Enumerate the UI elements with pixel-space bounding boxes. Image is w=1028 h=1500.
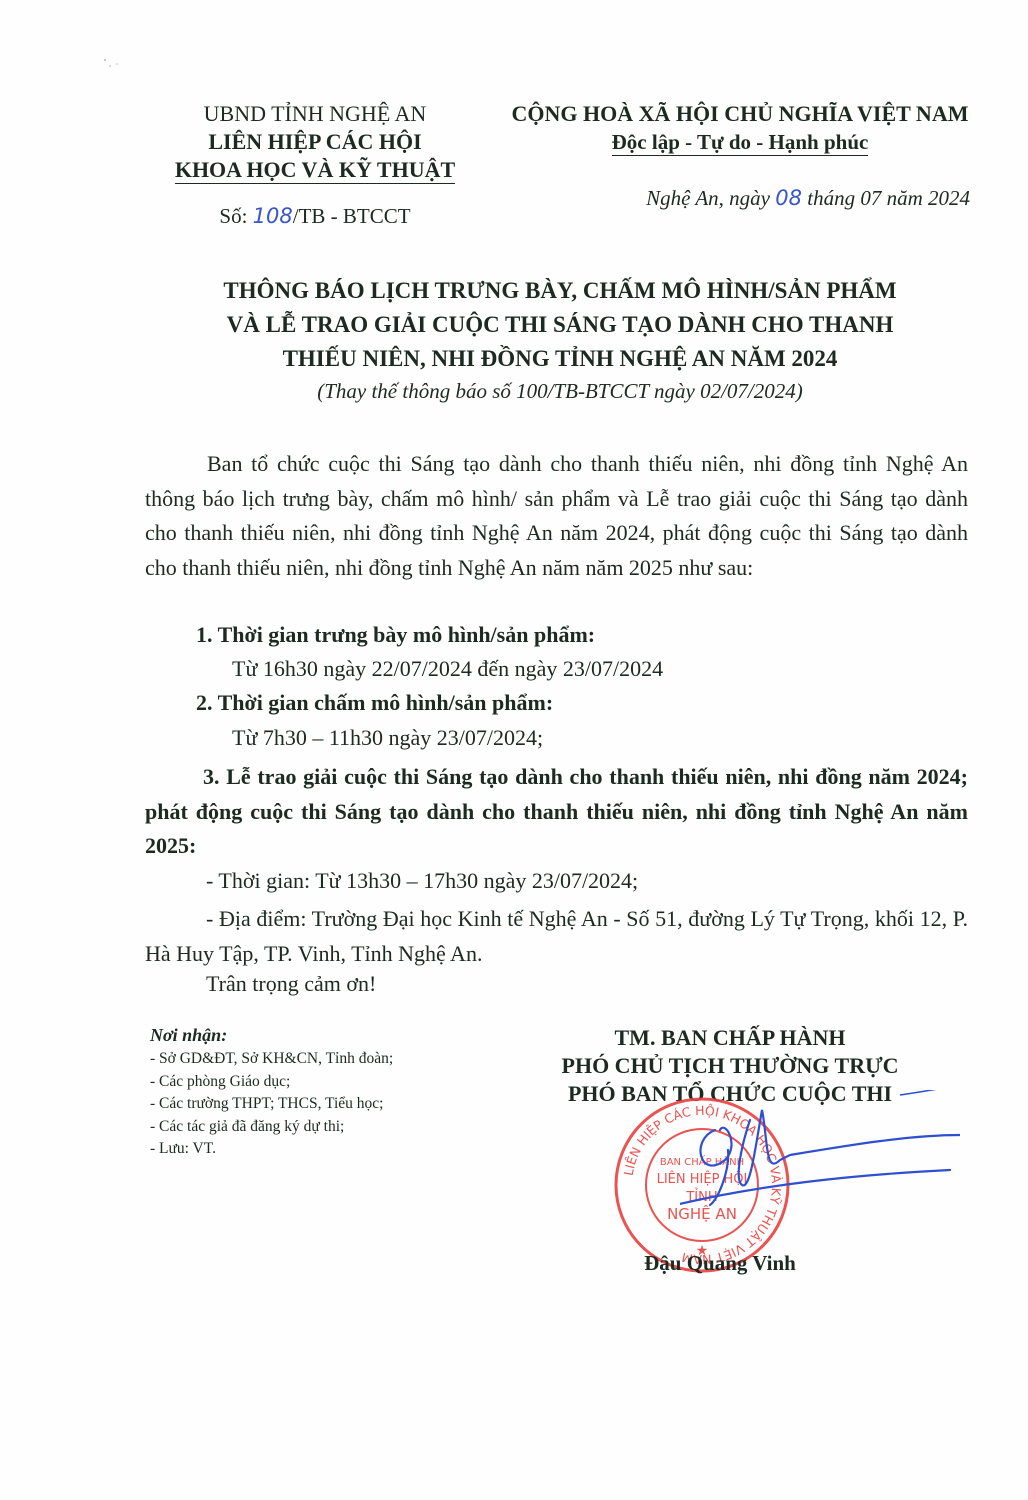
issuer-name-line2: KHOA HỌC VÀ KỸ THUẬT [140, 156, 490, 184]
issuer-header: UBND TỈNH NGHỆ AN LIÊN HIỆP CÁC HỘI KHOA… [140, 100, 490, 229]
section-1-heading: 1. Thời gian trưng bày mô hình/sản phẩm: [196, 622, 595, 648]
recipients-block: Nơi nhận: - Sở GD&ĐT, Sở KH&CN, Tỉnh đoà… [150, 1025, 490, 1161]
closing-text: Trân trọng cảm ơn! [206, 971, 376, 997]
handwritten-signature-icon [680, 1090, 960, 1220]
intro-paragraph: Ban tổ chức cuộc thi Sáng tạo dành cho t… [145, 447, 968, 585]
section-2-heading: 2. Thời gian chấm mô hình/sản phẩm: [196, 690, 553, 716]
recipient-item: - Các tác giả đã đăng ký dự thi; [150, 1116, 490, 1139]
signer-role-2: PHÓ CHỦ TỊCH THƯỜNG TRỰC [520, 1052, 940, 1080]
issuer-parent: UBND TỈNH NGHỆ AN [140, 100, 490, 128]
scan-speck [95, 48, 135, 78]
handwritten-number: 108 [253, 204, 293, 228]
document-date: Nghệ An, ngày 08 tháng 07 năm 2024 [560, 186, 970, 211]
document-number: Số: 108/TB - BTCCT [140, 204, 490, 229]
national-header: CỘNG HOÀ XÃ HỘI CHỦ NGHĨA VIỆT NAM Độc l… [500, 100, 980, 156]
section-3-place: - Địa điểm: Trường Đại học Kinh tế Nghệ … [145, 902, 968, 971]
recipient-item: - Lưu: VT. [150, 1138, 490, 1161]
section-3-heading: 3. Lễ trao giải cuộc thi Sáng tạo dành c… [145, 760, 968, 864]
national-motto: Độc lập - Tự do - Hạnh phúc [500, 128, 980, 156]
national-title: CỘNG HOÀ XÃ HỘI CHỦ NGHĨA VIỆT NAM [500, 100, 980, 128]
section-2-text: Từ 7h30 – 11h30 ngày 23/07/2024; [232, 725, 543, 751]
section-1-text: Từ 16h30 ngày 22/07/2024 đến ngày 23/07/… [232, 656, 663, 682]
document-title: THÔNG BÁO LỊCH TRƯNG BÀY, CHẤM MÔ HÌNH/S… [140, 274, 980, 406]
handwritten-day: 08 [775, 186, 802, 210]
signer-name: Đậu Quang Vinh [600, 1251, 840, 1276]
recipient-item: - Các phòng Giáo dục; [150, 1071, 490, 1094]
document-subtitle: (Thay thế thông báo số 100/TB-BTCCT ngày… [140, 376, 980, 406]
section-3-time: - Thời gian: Từ 13h30 – 17h30 ngày 23/07… [206, 868, 638, 894]
recipient-item: - Sở GD&ĐT, Sở KH&CN, Tỉnh đoàn; [150, 1048, 490, 1071]
issuer-name-line1: LIÊN HIỆP CÁC HỘI [140, 128, 490, 156]
recipient-item: - Các trường THPT; THCS, Tiểu học; [150, 1093, 490, 1116]
signer-role-1: TM. BAN CHẤP HÀNH [520, 1024, 940, 1052]
recipients-heading: Nơi nhận: [150, 1025, 490, 1046]
